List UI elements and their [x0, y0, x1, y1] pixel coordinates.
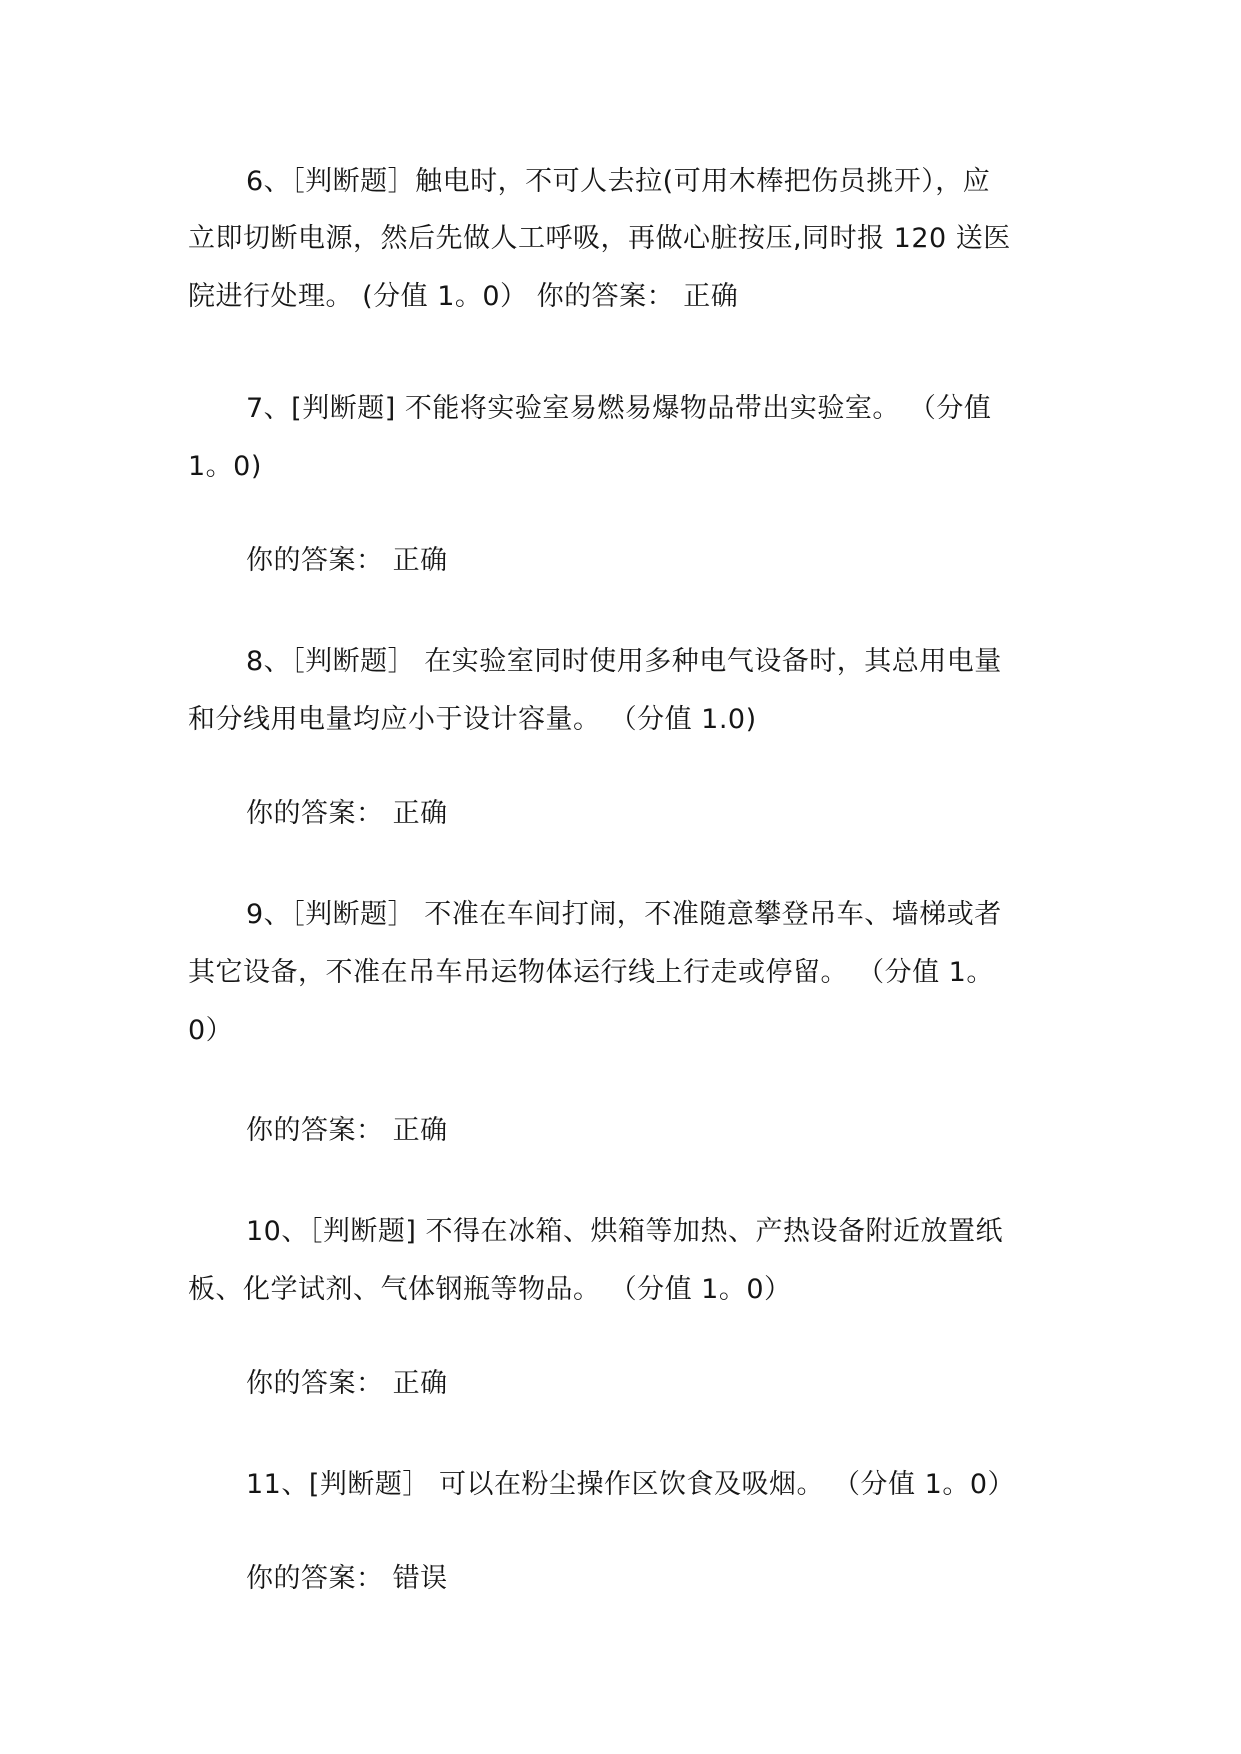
question-10-line-2: 板、化学试剂、气体钢瓶等物品。 （分值 1。0） [188, 1273, 792, 1307]
question-9-answer: 你的答案： 正确 [246, 1114, 448, 1148]
question-11-line-1: 11、[判断题］ 可以在粉尘操作区饮食及吸烟。 （分值 1。0） [246, 1468, 1015, 1502]
question-6-line-3: 院进行处理。 (分值 1。0） 你的答案： 正确 [188, 280, 738, 314]
question-7-line-1: 7、[判断题] 不能将实验室易燃易爆物品带出实验室。 （分值 [246, 392, 991, 426]
question-6-line-2: 立即切断电源，然后先做人工呼吸，再做心脏按压,同时报 120 送医 [188, 222, 1011, 256]
question-10-line-1: 10、［判断题] 不得在冰箱、烘箱等加热、产热设备附近放置纸 [246, 1215, 1003, 1249]
question-7-answer: 你的答案： 正确 [246, 544, 448, 578]
question-6-line-1: 6、［判断题］触电时，不可人去拉(可用木棒把伤员挑开），应 [246, 165, 990, 199]
question-9-line-1: 9、［判断题］ 不准在车间打闹，不准随意攀登吊车、墙梯或者 [246, 898, 1002, 932]
question-8-answer: 你的答案： 正确 [246, 797, 448, 831]
question-7-line-2: 1。0) [188, 450, 262, 484]
question-10-answer: 你的答案： 正确 [246, 1367, 448, 1401]
question-11-answer: 你的答案： 错误 [246, 1562, 448, 1596]
question-9-line-3: 0） [188, 1014, 233, 1048]
document-page: 6、［判断题］触电时，不可人去拉(可用木棒把伤员挑开），应 立即切断电源，然后先… [0, 0, 1241, 1754]
question-8-line-1: 8、［判断题］ 在实验室同时使用多种电气设备时，其总用电量 [246, 645, 1002, 679]
question-8-line-2: 和分线用电量均应小于设计容量。 （分值 1.0) [188, 703, 757, 737]
question-9-line-2: 其它设备，不准在吊车吊运物体运行线上行走或停留。 （分值 1。 [188, 956, 994, 990]
